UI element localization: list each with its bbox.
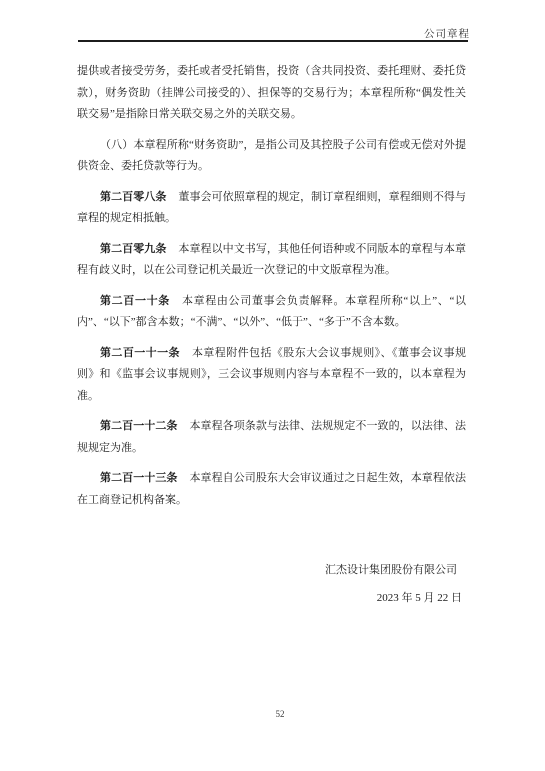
paragraph: 第二百一十二条本章程各项条款与法律、法规规定不一致的，以法律、法规规定为准。 <box>77 416 466 459</box>
document-page: 公司章程 提供或者接受劳务，委托或者受托销售，投资（含共同投资、委托理财、委托贷… <box>0 0 545 771</box>
paragraph-text: 提供或者接受劳务，委托或者受托销售，投资（含共同投资、委托理财、委托贷款），财务… <box>77 65 466 120</box>
article-number: 第二百一十二条 <box>100 420 177 432</box>
paragraph: 提供或者接受劳务，委托或者受托销售，投资（含共同投资、委托理财、委托贷款），财务… <box>77 61 466 126</box>
paragraph: 第二百零八条董事会可依照章程的规定，制订章程细则，章程细则不得与章程的规定相抵触… <box>77 187 466 230</box>
page-number: 52 <box>276 709 285 719</box>
header-rule <box>78 40 468 42</box>
article-number: 第二百零八条 <box>100 191 166 203</box>
paragraph-text: （八）本章程所称“财务资助”，是指公司及其控股子公司有偿或无偿对外提供资金、委托… <box>77 139 466 173</box>
paragraph: 第二百一十条本章程由公司董事会负责解释。本章程所称“以上”、“以内”、“以下”都… <box>77 291 466 334</box>
signature-block: 汇杰设计集团股份有限公司 2023 年 5 月 22 日 <box>77 556 466 612</box>
document-body: 提供或者接受劳务，委托或者受托销售，投资（含共同投资、委托理财、委托贷款），财务… <box>77 61 466 520</box>
page-header-title: 公司章程 <box>424 26 470 41</box>
paragraph: 第二百一十三条本章程自公司股东大会审议通过之日起生效，本章程依法在工商登记机构备… <box>77 468 466 511</box>
article-number: 第二百零九条 <box>100 243 166 255</box>
paragraph: （八）本章程所称“财务资助”，是指公司及其控股子公司有偿或无偿对外提供资金、委托… <box>77 135 466 178</box>
signature-date: 2023 年 5 月 22 日 <box>77 584 466 612</box>
paragraph: 第二百零九条本章程以中文书写，其他任何语种或不同版本的章程与本章程有歧义时，以在… <box>77 239 466 282</box>
article-number: 第二百一十条 <box>100 295 170 307</box>
article-number: 第二百一十一条 <box>100 347 180 359</box>
page-footer: 52 <box>0 709 545 719</box>
signature-company: 汇杰设计集团股份有限公司 <box>77 556 466 584</box>
paragraph: 第二百一十一条本章程附件包括《股东大会议事规则》、《董事会议事规则》和《监事会议… <box>77 343 466 408</box>
article-number: 第二百一十三条 <box>100 472 177 484</box>
